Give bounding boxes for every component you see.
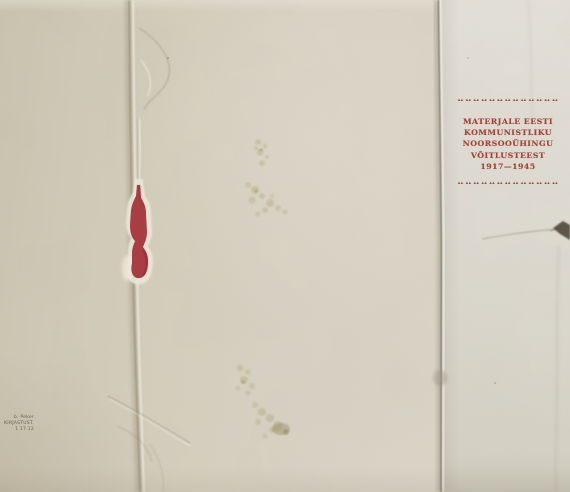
imprint-line-2: KIRJASTUST. <box>0 421 34 427</box>
imprint-line-3: 1 17.12 <box>0 427 34 433</box>
stamp-line-5: 1917—1945 <box>451 161 565 172</box>
leaf-edge-shade <box>441 0 570 492</box>
tipped-in-leaf <box>441 0 570 492</box>
stamp-line-4: VÕITLUSTEEST <box>451 150 565 161</box>
stamp-line-1: MATERJALE EESTI <box>451 116 565 127</box>
ornament-rule-top: ▴▴ ▴▴ ▴▴ ▴▴ ▴▴ ▴▴ ▴▴ ▴▴ ▴▴ ▴▴ ▴▴ ▴▴ ▴▴ <box>451 98 565 104</box>
book-endpaper-photo: ▴▴ ▴▴ ▴▴ ▴▴ ▴▴ ▴▴ ▴▴ ▴▴ ▴▴ ▴▴ ▴▴ ▴▴ ▴▴ M… <box>0 0 570 492</box>
paper-corner-shade <box>0 0 441 492</box>
printer-imprint: b. Peker KIRJASTUST. 1 17.12 <box>0 415 34 432</box>
title-stamp: ▴▴ ▴▴ ▴▴ ▴▴ ▴▴ ▴▴ ▴▴ ▴▴ ▴▴ ▴▴ ▴▴ ▴▴ ▴▴ M… <box>451 98 565 187</box>
left-endpaper <box>0 0 441 492</box>
stamp-text: MATERJALE EESTI KOMMUNISTLIKU NOORSOOÜHI… <box>451 116 565 172</box>
stamp-line-3: NOORSOOÜHINGU <box>451 138 565 149</box>
ornament-rule-bottom: ▴▴ ▴▴ ▴▴ ▴▴ ▴▴ ▴▴ ▴▴ ▴▴ ▴▴ ▴▴ ▴▴ ▴▴ ▴▴ <box>451 181 565 187</box>
stamp-line-2: KOMMUNISTLIKU <box>451 127 565 138</box>
